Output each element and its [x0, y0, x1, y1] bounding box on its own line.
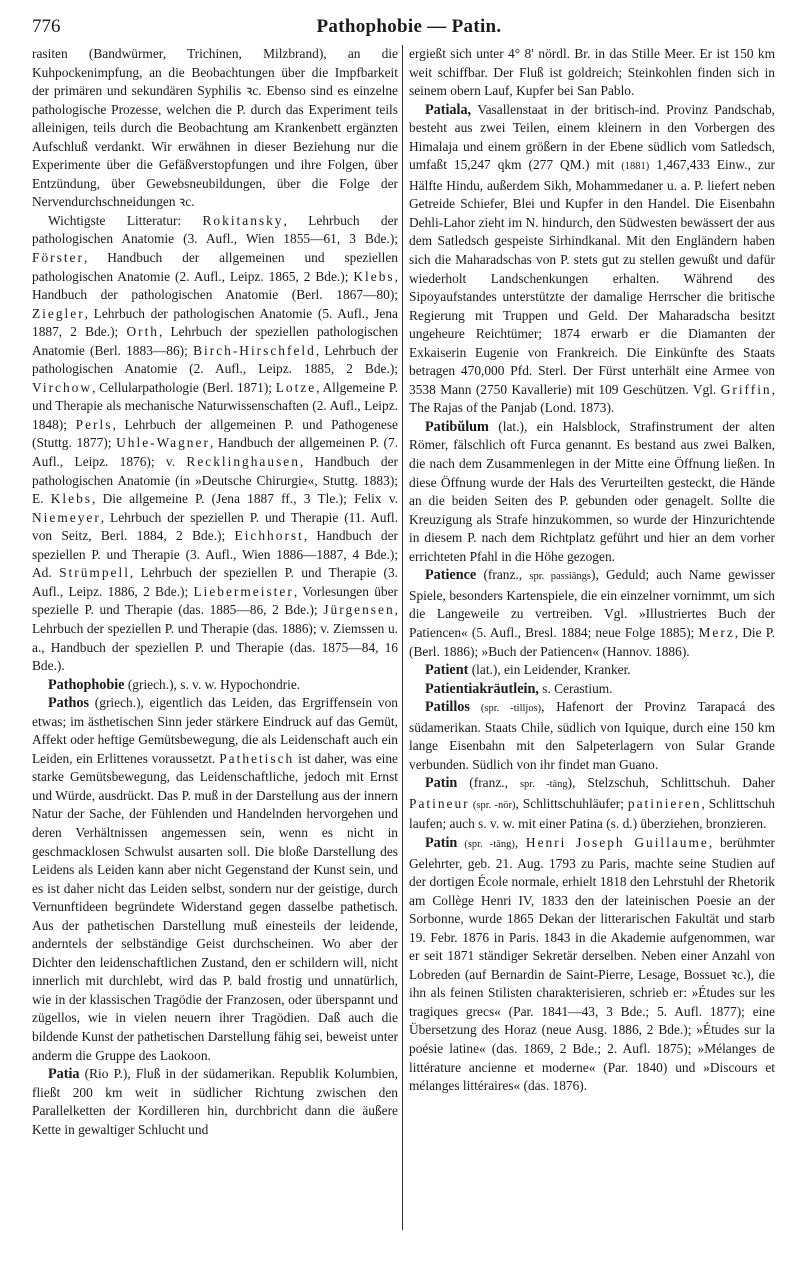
running-head: 776 Pathophobie — Patin.	[32, 16, 786, 42]
entry-text: (Rio P.), Fluß in der südamerikan. Repub…	[32, 1066, 398, 1137]
entry-patillos: Patillos (spr. -tilljos), Hafenort der P…	[409, 698, 775, 774]
entry-headword: Patiala,	[425, 102, 471, 118]
author-name: Recklinghausen	[186, 454, 300, 469]
entry-patin-2: Patin (spr. -tāng), Henri Joseph Guillau…	[409, 834, 775, 1096]
entry-headword: Pathophobie	[48, 677, 124, 693]
entry-text: ist daher, was eine starke Gemütsbewegun…	[32, 751, 398, 1063]
entry-text: 1,467,433 Einw., zur Hälfte Hindu, außer…	[409, 157, 775, 397]
author-name: Orth	[126, 324, 159, 339]
entry-pathophobie: Pathophobie (griech.), s. v. w. Hypochon…	[32, 676, 398, 695]
entry-text: , Schlittschuhläufer;	[515, 796, 627, 811]
entry-keyword: Patineur	[409, 796, 470, 811]
author-name: Klebs	[51, 491, 92, 506]
author-name: Förster	[32, 250, 84, 265]
entry-patibulum: Patibŭlum (lat.), ein Halsblock, Strafin…	[409, 418, 775, 566]
paragraph-text: ergießt sich unter 4° 8′ nördl. Br. in d…	[409, 46, 775, 98]
entry-text: , berühmter Gelehrter, geb. 21. Aug. 179…	[409, 835, 775, 1093]
entry-headword: Patillos	[425, 699, 470, 715]
entry-headword: Pathos	[48, 695, 89, 711]
citation-text: , Handbuch der allgemeinen und spezielle…	[32, 250, 398, 284]
literature-intro: Wichtigste Litteratur:	[48, 213, 203, 228]
author-name: Griffin	[721, 382, 772, 397]
entry-headword: Patient	[425, 662, 468, 678]
entry-text: (griech.), s. v. w. Hypochondrie.	[124, 677, 300, 692]
author-name: Klebs	[353, 269, 394, 284]
entry-text: (franz.,	[457, 775, 520, 790]
literature-paragraph: Wichtigste Litteratur: Rokitansky, Lehrb…	[32, 212, 398, 676]
author-name: Eichhorst	[235, 528, 304, 543]
entry-patience: Patience (franz., spr. passiāngs), Gedul…	[409, 566, 775, 661]
author-name: Ziemssen	[333, 621, 384, 636]
entry-headword: Patibŭlum	[425, 419, 489, 435]
author-name: Merz	[699, 625, 735, 640]
entry-keyword: patinieren	[628, 796, 702, 811]
author-name: Virchow	[32, 380, 92, 395]
entry-text: ,	[515, 835, 526, 850]
entry-patiala: Patiala, Vasallenstaat in der britisch-i…	[409, 101, 775, 418]
entry-patient: Patient (lat.), ein Leidender, Kranker.	[409, 661, 775, 680]
entry-text: s. Cerastium.	[539, 681, 613, 696]
author-name: Perls	[76, 417, 113, 432]
person-name: Henri Joseph Guillaume	[526, 835, 709, 850]
entry-headword: Patience	[425, 567, 476, 583]
continued-paragraph: ergießt sich unter 4° 8′ nördl. Br. in d…	[409, 45, 775, 101]
author-name: Rokitansky	[203, 213, 284, 228]
entry-pathos: Pathos (griech.), eigentlich das Leiden,…	[32, 694, 398, 1065]
entry-headword: Patientiakräutlein,	[425, 681, 539, 697]
dictionary-page: 776 Pathophobie — Patin. rasiten (Bandwü…	[0, 0, 800, 1275]
author-name: Liebermeister	[193, 584, 293, 599]
author-name: Jürgensen	[323, 602, 394, 617]
pronunciation: (spr. -tāng)	[457, 839, 514, 850]
author-name: Birch-Hirschfeld	[193, 343, 316, 358]
author-name: Uhle-Wagner	[116, 435, 210, 450]
pronunciation: spr. -tāng	[520, 779, 568, 790]
entry-keyword: Pathetisch	[219, 751, 294, 766]
citation-text: , Die allgemeine P. (Jena 1887 ff., 3 Tl…	[92, 491, 398, 506]
entry-text: (lat.), ein Halsblock, Strafinstrument d…	[409, 419, 775, 564]
author-name: Strümpell	[59, 565, 130, 580]
pronunciation: (spr. -nör)	[470, 800, 516, 811]
entry-patientiakraeutlein: Patientiakräutlein, s. Cerastium.	[409, 680, 775, 699]
author-name: Niemeyer	[32, 510, 101, 525]
author-name: Lotze	[276, 380, 316, 395]
right-column: ergießt sich unter 4° 8′ nördl. Br. in d…	[409, 45, 775, 1096]
entry-text: (franz.,	[476, 567, 529, 582]
pronunciation: (spr. -tilljos)	[470, 703, 541, 714]
entry-patin-1: Patin (franz., spr. -tāng), Stelzschuh, …	[409, 774, 775, 834]
pronunciation: spr. passiāngs	[529, 571, 591, 582]
entry-patia: Patia (Rio P.), Fluß in der südamerikan.…	[32, 1065, 398, 1139]
page-title: Pathophobie — Patin.	[32, 16, 786, 38]
entry-text: (lat.), ein Leidender, Kranker.	[468, 662, 630, 677]
entry-text: ), Stelzschuh, Schlittschuh. Daher	[568, 775, 775, 790]
entry-headword: Patia	[48, 1066, 80, 1082]
continued-paragraph: rasiten (Bandwürmer, Trichinen, Milzbran…	[32, 45, 398, 212]
entry-headword: Patin	[425, 775, 457, 791]
census-year: (1881)	[621, 161, 649, 172]
left-column: rasiten (Bandwürmer, Trichinen, Milzbran…	[32, 45, 398, 1139]
entry-headword: Patin	[425, 835, 457, 851]
citation-text: , Cellularpathologie (Berl. 1871);	[92, 380, 276, 395]
paragraph-text: rasiten (Bandwürmer, Trichinen, Milzbran…	[32, 46, 398, 209]
author-name: Ziegler	[32, 306, 85, 321]
column-divider	[402, 45, 403, 1230]
